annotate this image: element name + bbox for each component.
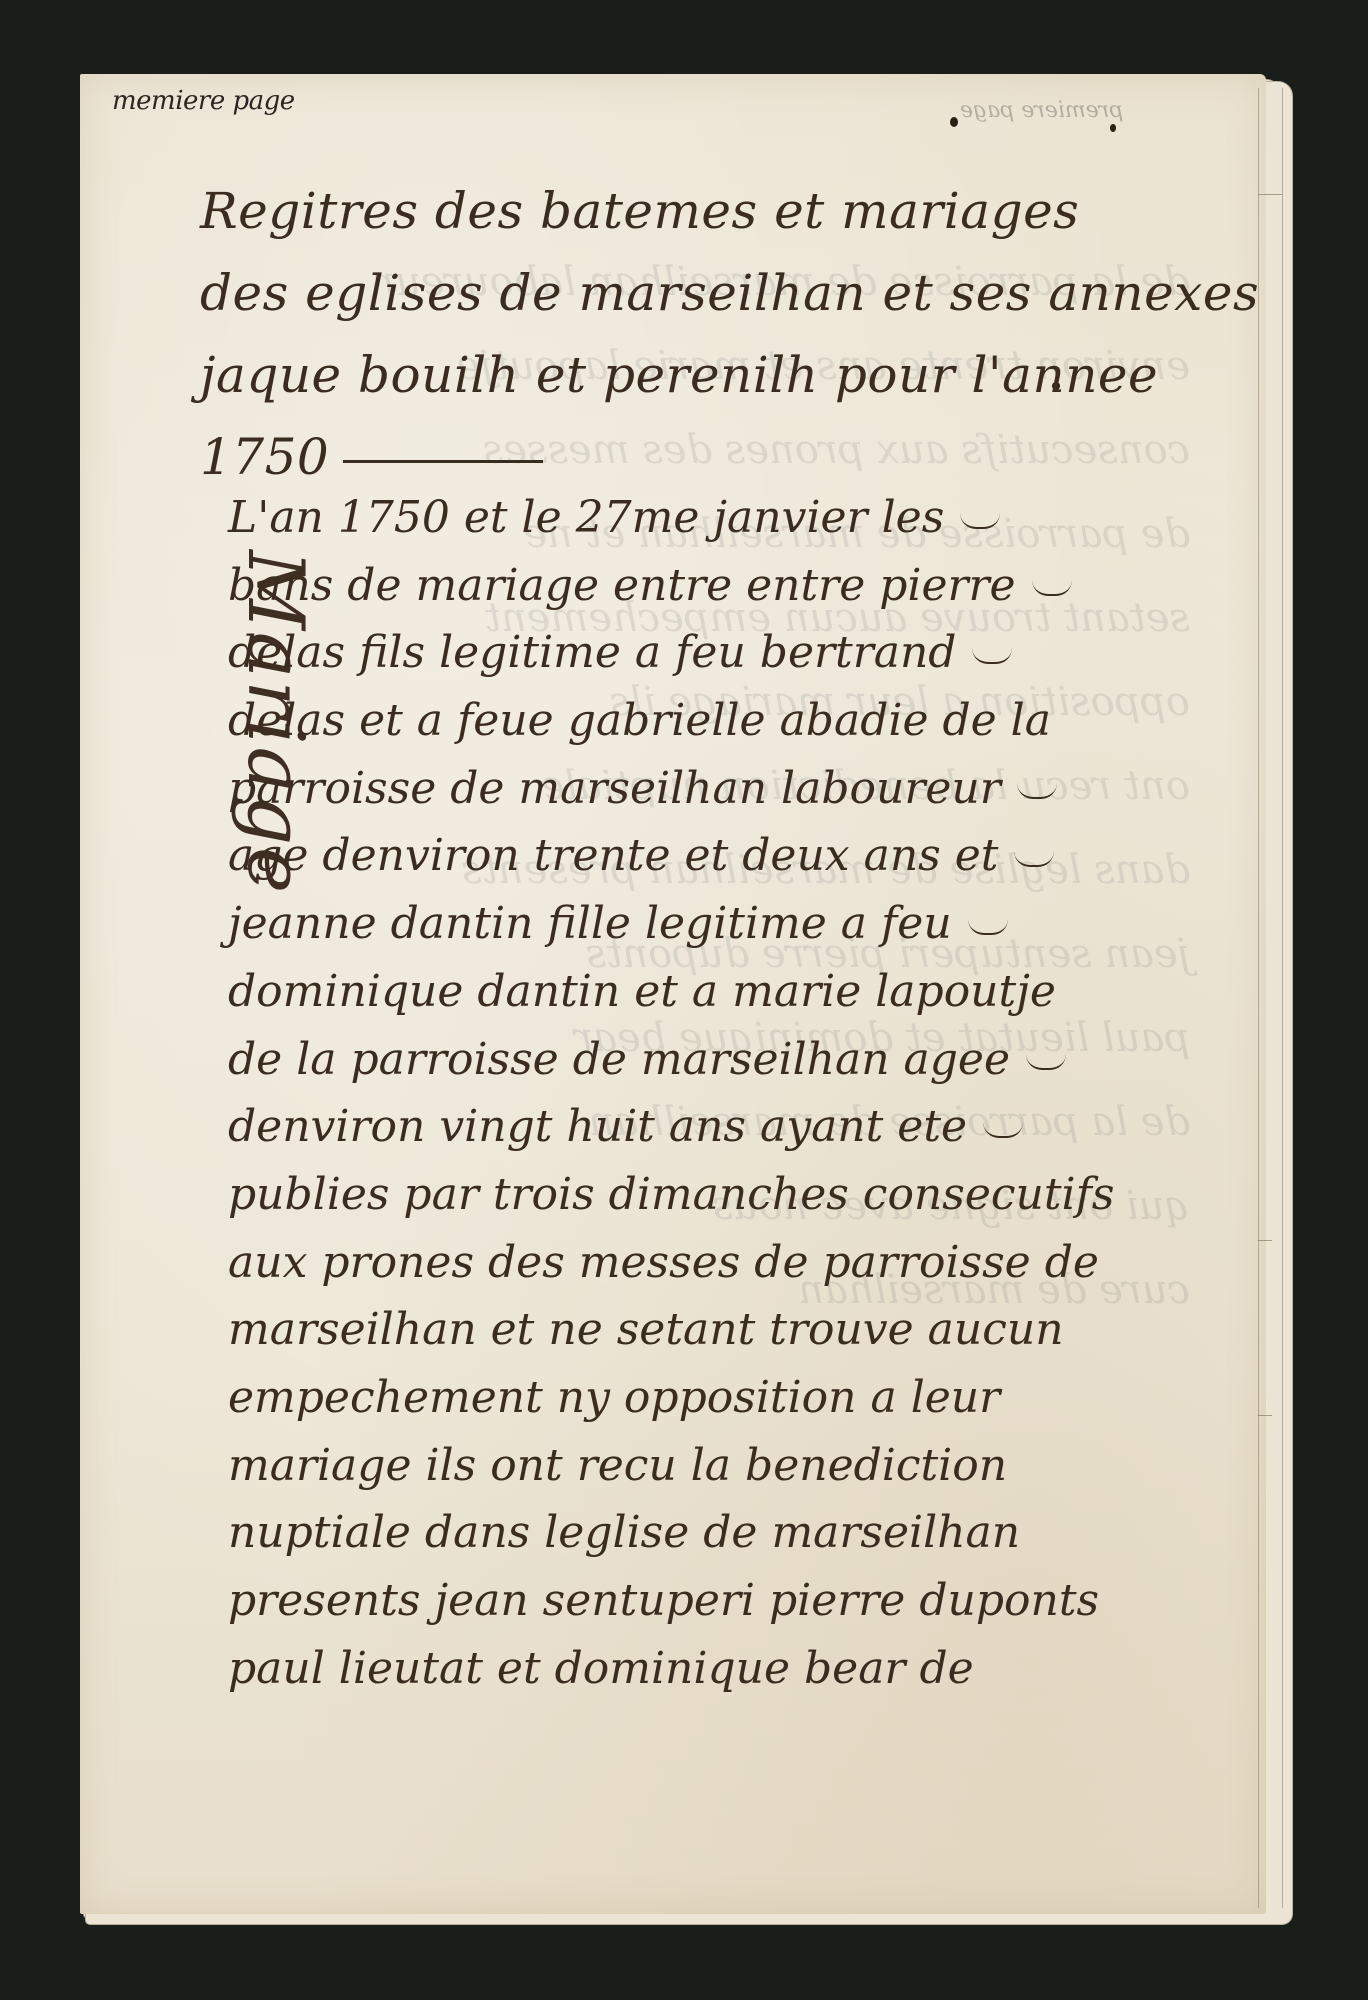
- entry-line-text: delas et a feue gabrielle abadie de la: [228, 695, 1051, 746]
- line-filler: [1014, 851, 1054, 867]
- entry-line-text: nuptiale dans leglise de marseilhan: [228, 1507, 1020, 1558]
- entry-line: aux prones des messes de parroisse de: [228, 1229, 1208, 1297]
- entry-line-text: presents jean sentuperi pierre duponts: [228, 1575, 1099, 1626]
- title-year: 1750: [200, 428, 329, 486]
- page-label: memiere page: [112, 86, 295, 116]
- line-filler: [960, 513, 1000, 529]
- entry-line: bans de mariage entre entre pierre: [228, 552, 1208, 620]
- entry-line: age denviron trente et deux ans et: [228, 822, 1208, 890]
- line-filler: [1017, 783, 1057, 799]
- entry-line-text: parroisse de marseilhan laboureur: [228, 763, 1001, 814]
- entry-line: delas et a feue gabrielle abadie de la: [228, 687, 1208, 755]
- faint-reverse-header: premiere page: [960, 98, 1123, 123]
- line-filler: [1032, 580, 1072, 596]
- line-filler: [1026, 1054, 1066, 1070]
- line-filler: [968, 919, 1008, 935]
- ink-spot: [950, 117, 958, 127]
- entry-line-text: mariage ils ont recu la benediction: [228, 1440, 1007, 1491]
- entry-line: dominique dantin et a marie lapoutje: [228, 958, 1208, 1026]
- margin-tick: [1258, 1240, 1272, 1241]
- entry-line-text: delas fils legitime a feu bertrand: [228, 627, 956, 678]
- title-line-1: Regitres des batemes et mariages: [200, 170, 1200, 252]
- entry-line: mariage ils ont recu la benediction: [228, 1432, 1208, 1500]
- entry-line: marseilhan et ne setant trouve aucun: [228, 1296, 1208, 1364]
- title-line-2: des eglises de marseilhan et ses annexes: [200, 252, 1200, 334]
- scanned-document: de la parroisse de marseilhan laboureur …: [0, 0, 1368, 2000]
- register-title: Regitres des batemes et mariages des egl…: [200, 170, 1200, 498]
- entry-line-text: bans de mariage entre entre pierre: [228, 560, 1016, 611]
- entry-line: denviron vingt huit ans ayant ete: [228, 1093, 1208, 1161]
- entry-line: paul lieutat et dominique bear de: [228, 1635, 1208, 1703]
- entry-line: de la parroisse de marseilhan agee: [228, 1026, 1208, 1094]
- line-filler: [983, 1122, 1023, 1138]
- entry-line: parroisse de marseilhan laboureur: [228, 755, 1208, 823]
- entry-line-text: aux prones des messes de parroisse de: [228, 1237, 1099, 1288]
- ink-spot: [1110, 124, 1116, 132]
- entry-line: L'an 1750 et le 27me janvier les: [228, 484, 1208, 552]
- entry-line-text: empechement ny opposition a leur: [228, 1372, 1000, 1423]
- entry-line-text: age denviron trente et deux ans et: [228, 830, 998, 881]
- margin-tick: [1258, 1415, 1272, 1416]
- title-line-3: jaque bouilh et perenilh pour l'annee: [200, 334, 1200, 416]
- line-filler: [972, 648, 1012, 664]
- entry-line: delas fils legitime a feu bertrand: [228, 619, 1208, 687]
- entry-line: jeanne dantin fille legitime a feu: [228, 890, 1208, 958]
- entry-line-text: marseilhan et ne setant trouve aucun: [228, 1304, 1064, 1355]
- entry-line: publies par trois dimanches consecutifs: [228, 1161, 1208, 1229]
- entry-line-text: denviron vingt huit ans ayant ete: [228, 1101, 967, 1152]
- entry-line: presents jean sentuperi pierre duponts: [228, 1567, 1208, 1635]
- entry-line-text: de la parroisse de marseilhan agee: [228, 1034, 1010, 1085]
- entry-line-text: dominique dantin et a marie lapoutje: [228, 966, 1056, 1017]
- entry-line-text: paul lieutat et dominique bear de: [228, 1643, 974, 1694]
- marriage-entry: L'an 1750 et le 27me janvier les bans de…: [228, 484, 1208, 1702]
- entry-line-text: publies par trois dimanches consecutifs: [228, 1169, 1115, 1220]
- entry-line-text: jeanne dantin fille legitime a feu: [228, 898, 952, 949]
- page-edge-line: [1282, 88, 1283, 1908]
- entry-line: empechement ny opposition a leur: [228, 1364, 1208, 1432]
- page-edge-line: [1258, 88, 1259, 1908]
- margin-tick: [1258, 194, 1282, 195]
- title-rule: [343, 460, 543, 463]
- entry-line: nuptiale dans leglise de marseilhan: [228, 1499, 1208, 1567]
- entry-line-text: L'an 1750 et le 27me janvier les: [228, 492, 944, 543]
